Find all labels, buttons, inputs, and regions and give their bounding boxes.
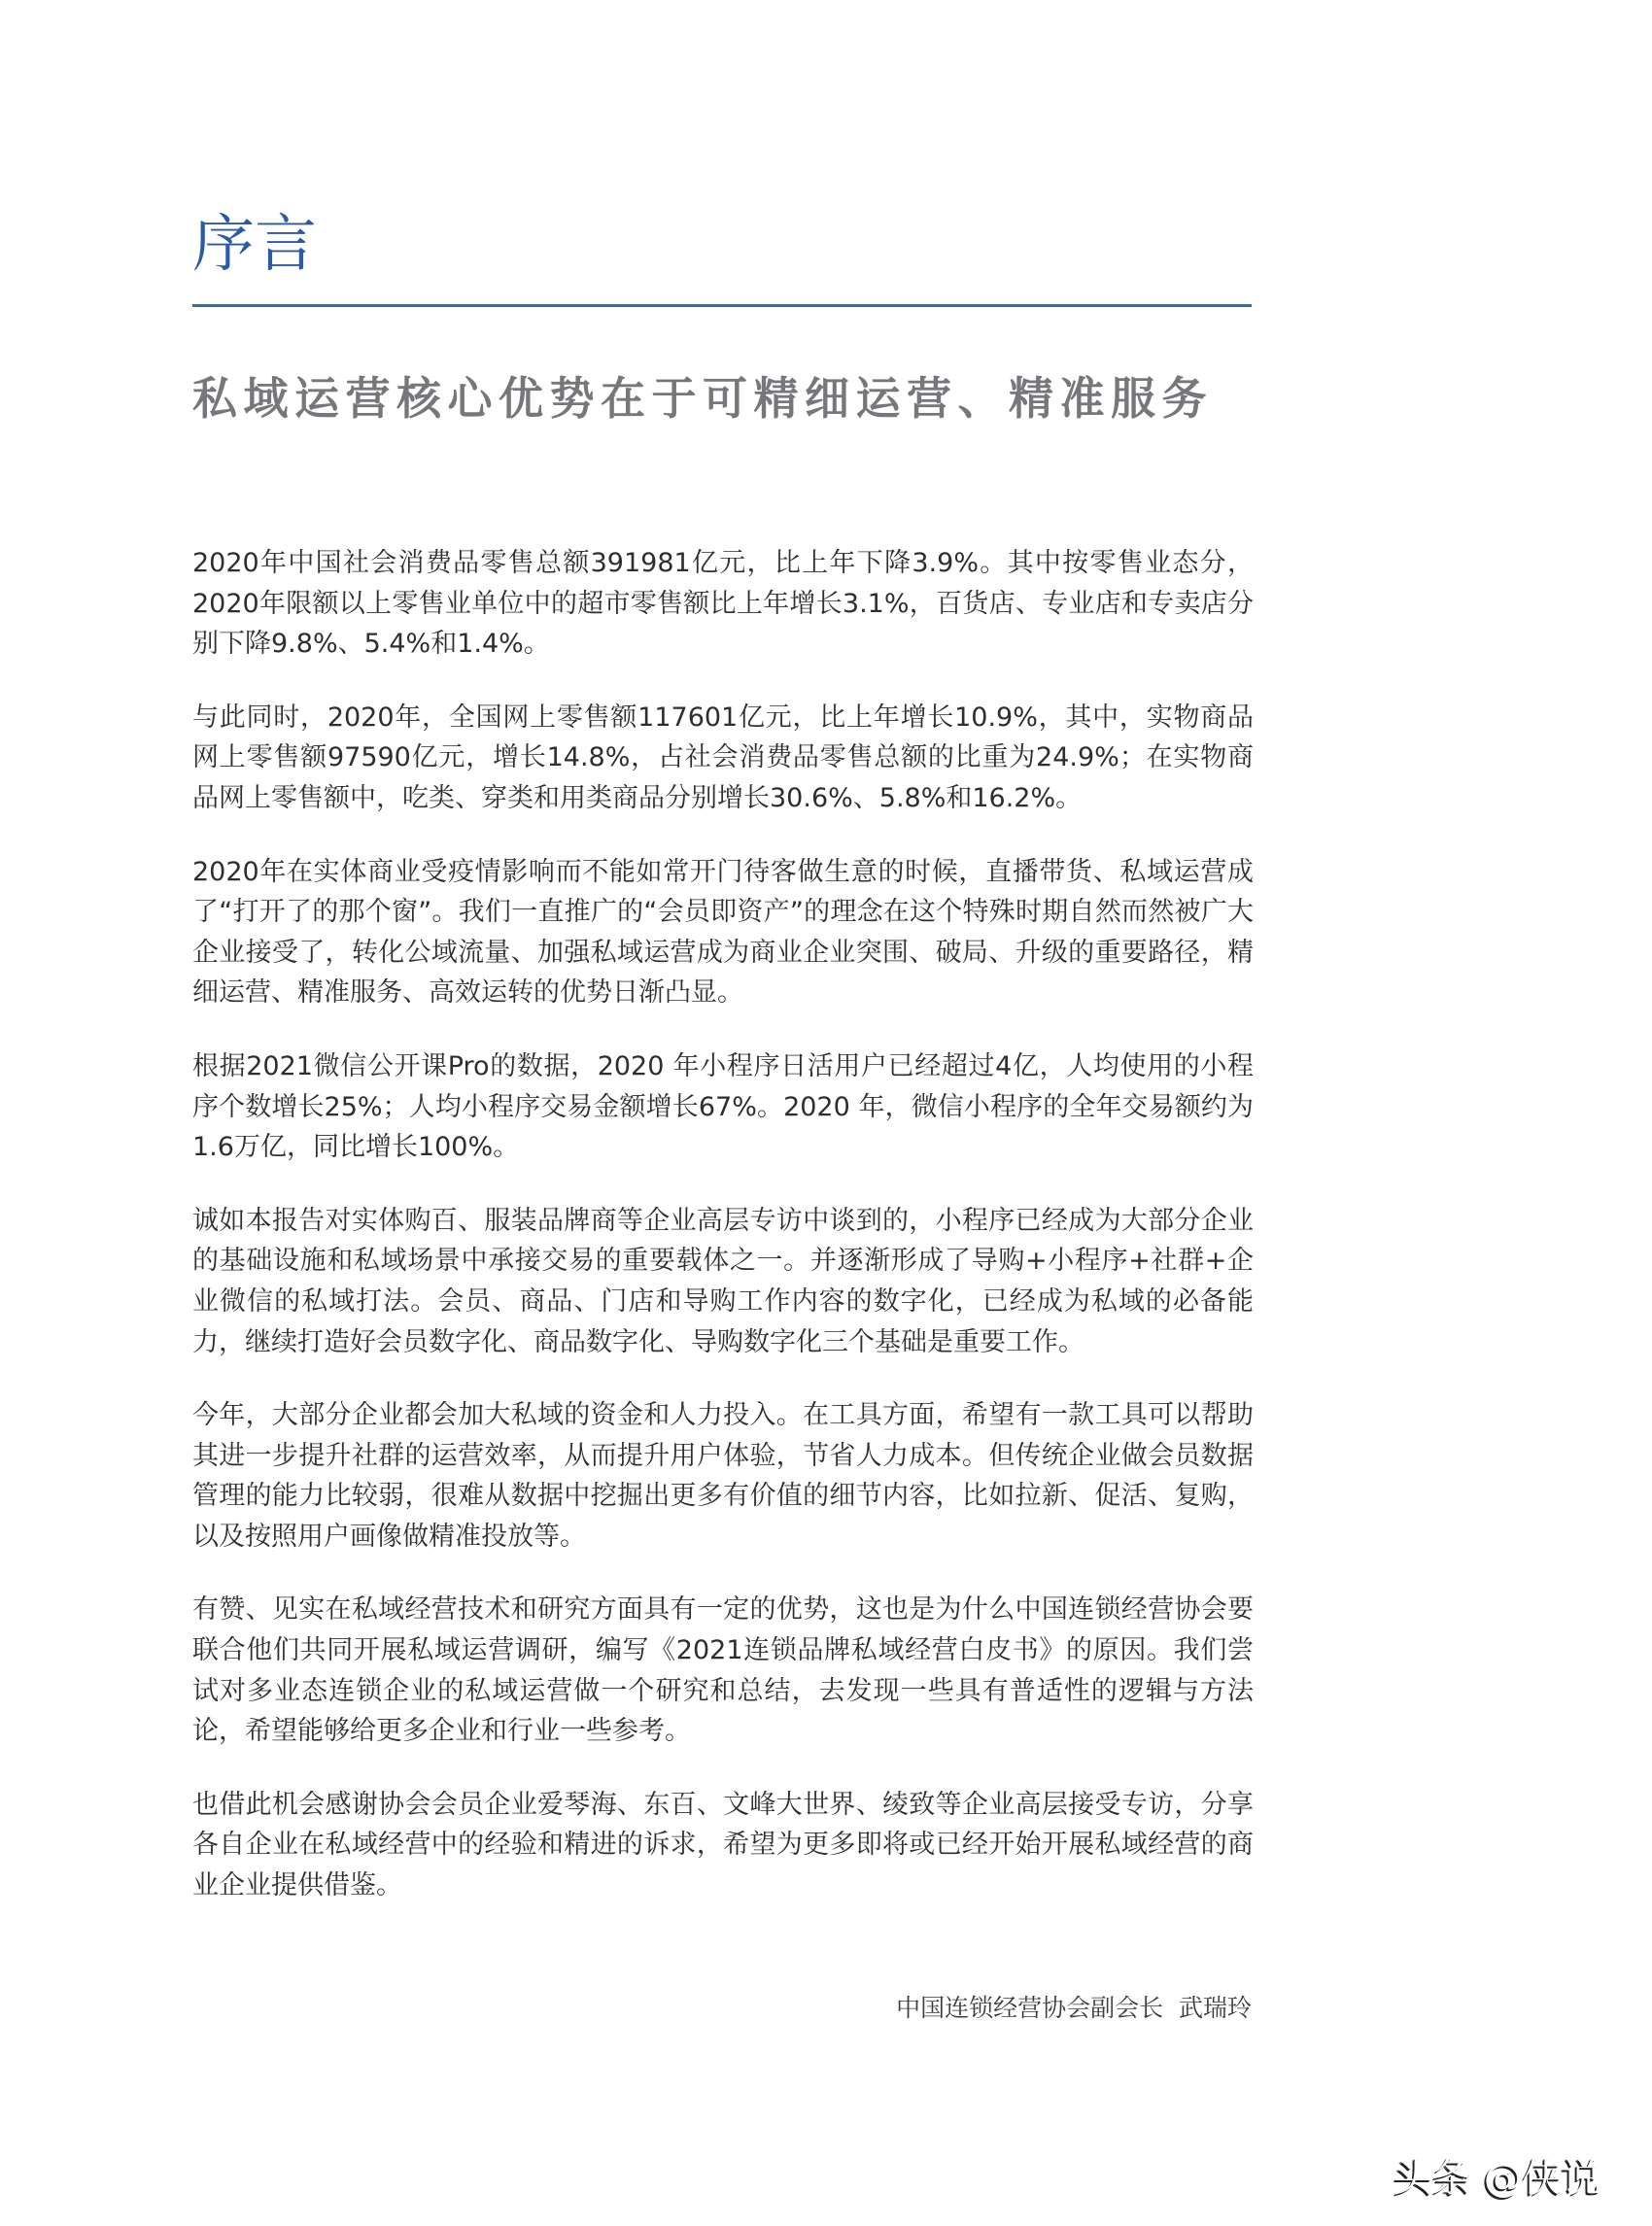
section-heading: 私域运营核心优势在于可精细运营、精准服务 [192,367,1213,429]
paragraph: 2020年在实体商业受疫情影响而不能如常开门待客做生意的时候，直播带货、私域运营… [192,852,1254,1013]
paragraph: 与此同时，2020年，全国网上零售额117601亿元，比上年增长10.9%，其中… [192,698,1254,819]
title-divider [192,304,1252,307]
paragraph: 也借此机会感谢协会会员企业爱琴海、东百、文峰大世界、绫致等企业高层接受专访，分享… [192,1785,1254,1906]
author-signature: 中国连锁经营协会副会长 武瑞玲 [896,1992,1252,2025]
body-text: 2020年中国社会消费品零售总额391981亿元，比上年下降3.9%。其中按零售… [192,543,1254,1939]
paragraph: 有赞、见实在私域经营技术和研究方面具有一定的优势，这也是为什么中国连锁经营协会要… [192,1590,1254,1751]
watermark: 头条 @侠说 [1394,2153,1600,2204]
page-title: 序言 [192,206,317,284]
paragraph: 根据2021微信公开课Pro的数据，2020 年小程序日活用户已经超过4亿，人均… [192,1046,1254,1168]
paragraph: 诚如本报告对实体购百、服装品牌商等企业高层专访中谈到的，小程序已经成为大部分企业… [192,1201,1254,1362]
paragraph: 2020年中国社会消费品零售总额391981亿元，比上年下降3.9%。其中按零售… [192,543,1254,665]
paragraph: 今年，大部分企业都会加大私域的资金和人力投入。在工具方面，希望有一款工具可以帮助… [192,1395,1254,1557]
